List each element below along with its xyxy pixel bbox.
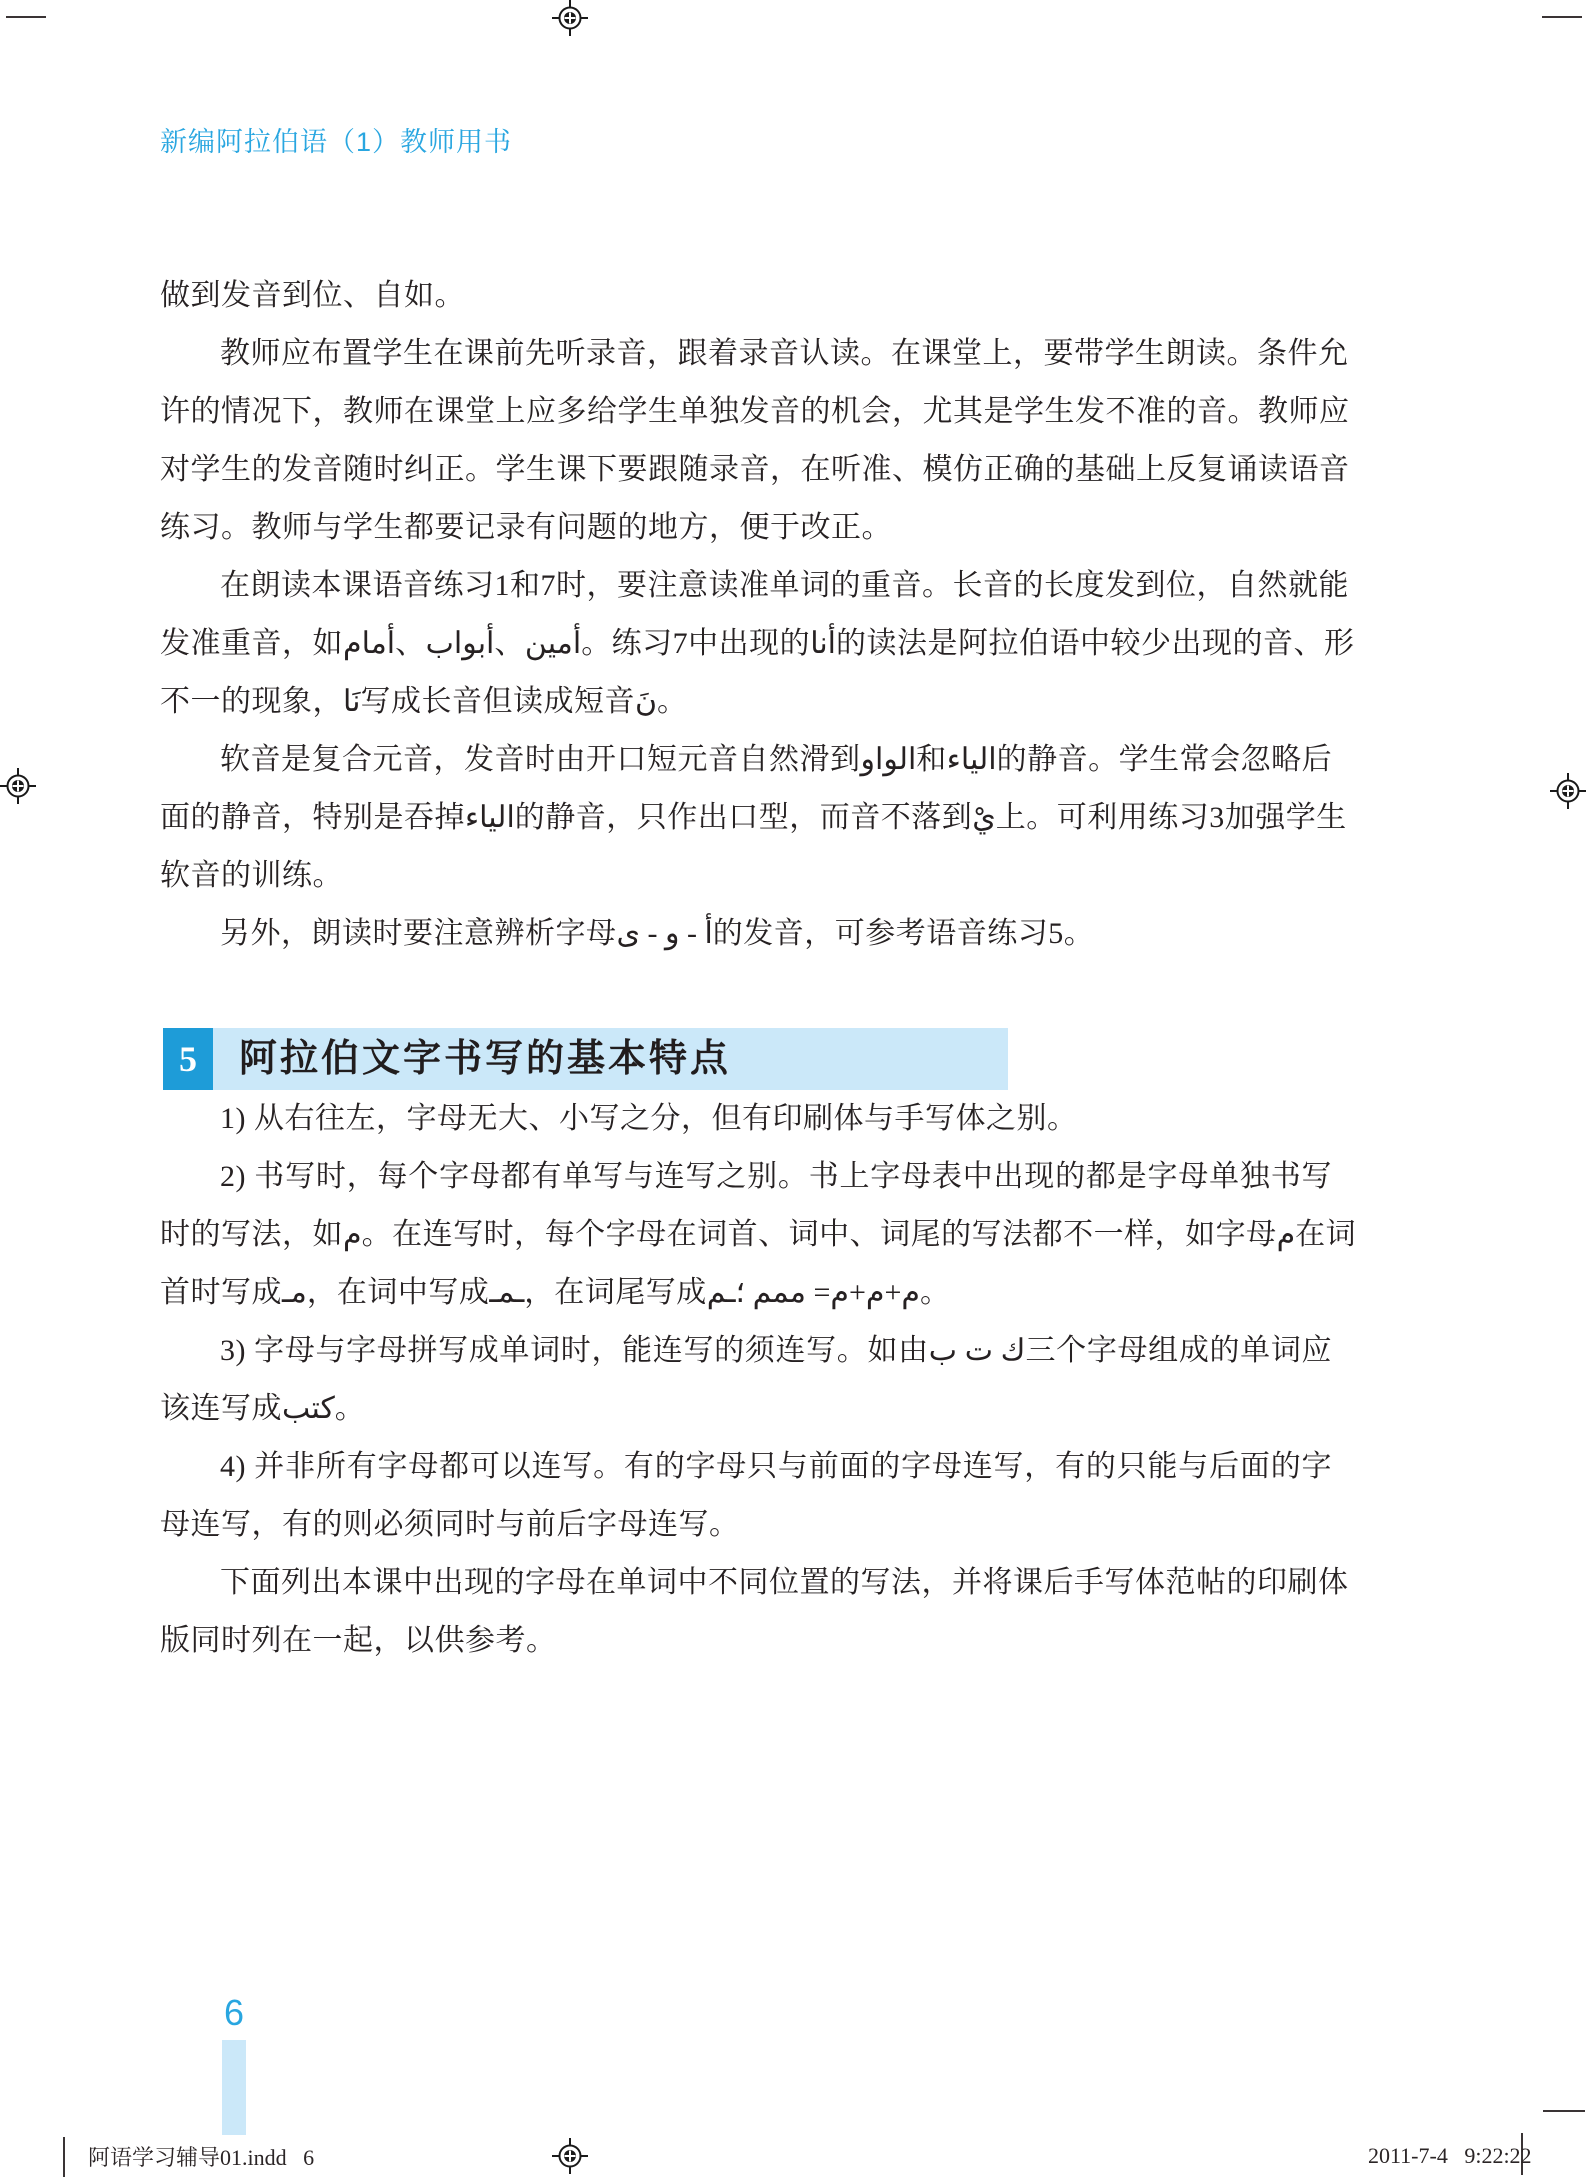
text-line: 1) 从右往左，字母无大、小写之分，但有印刷体与手写体之别。 <box>160 1090 1332 1148</box>
crop-mark <box>1542 16 1582 18</box>
text-line: 首时写成مـ‎，在词中写成ـمـ‎，在词尾写成ـم‎؛‎ م+م+م= ممم‎… <box>160 1264 1332 1322</box>
text-line: 做到发音到位、自如。 <box>160 267 1332 325</box>
section-title: 阿拉伯文字书写的基本特点 <box>213 1028 731 1090</box>
body-text-block-upper: 做到发音到位、自如。 教师应布置学生在课前先听录音，跟着录音认读。在课堂上，要带… <box>160 267 1332 963</box>
text-line: 对学生的发音随时纠正。学生课下要跟随录音，在听准、模仿正确的基础上反复诵读语音 <box>160 441 1332 499</box>
text-line: 4) 并非所有字母都可以连写。有的字母只与前面的字母连写，有的只能与后面的字 <box>160 1438 1332 1496</box>
crop-mark <box>63 2137 65 2177</box>
text-line: 版同时列在一起，以供参考。 <box>160 1612 1332 1670</box>
page-number: 6 <box>216 1992 252 2034</box>
section-number-badge: 5 <box>163 1028 213 1090</box>
body-text-block-lower: 1) 从右往左，字母无大、小写之分，但有印刷体与手写体之别。 2) 书写时，每个… <box>160 1090 1332 1670</box>
running-head-book-title: 新编阿拉伯语（1）教师用书 <box>160 120 512 159</box>
footer-imprint: 阿语学习辅导01.indd 6 <box>88 2141 314 2172</box>
registration-mark-icon <box>552 2138 588 2174</box>
text-line: 不一的现象，نَا‎写成长音但读成短音نَ‎。 <box>160 673 1332 731</box>
page: 新编阿拉伯语（1）教师用书 做到发音到位、自如。 教师应布置学生在课前先听录音，… <box>0 0 1588 2178</box>
text-line: 在朗读本课语音练习1和7时，要注意读准单词的重音。长音的长度发到位，自然就能 <box>160 557 1332 615</box>
text-line: 2) 书写时，每个字母都有单写与连写之别。书上字母表中出现的都是字母单独书写 <box>160 1148 1332 1206</box>
crop-mark <box>1543 2110 1585 2112</box>
text-line: 3) 字母与字母拼写成单词时，能连写的须连写。如由ك ت ب‎三个字母组成的单词… <box>160 1322 1332 1380</box>
text-line: 发准重音，如أمام‎、أبواب‎、أمين‎。练习7中出现的أنا‎的读法是… <box>160 615 1332 673</box>
crop-mark <box>6 16 46 18</box>
footer-timestamp: 2011-7-4 9:22:22 <box>1368 2143 1532 2169</box>
text-line: 该连写成كتب‎。 <box>160 1380 1332 1438</box>
section-heading: 5 阿拉伯文字书写的基本特点 <box>163 1028 1008 1090</box>
text-line: 软音的训练。 <box>160 847 1332 905</box>
text-line: 时的写法，如م‎。在连写时，每个字母在词首、词中、词尾的写法都不一样，如字母م‎… <box>160 1206 1332 1264</box>
text-line: 教师应布置学生在课前先听录音，跟着录音认读。在课堂上，要带学生朗读。条件允 <box>160 325 1332 383</box>
text-line: 另外，朗读时要注意辨析字母أ - و - ى‎的发音，可参考语音练习5。 <box>160 905 1332 963</box>
text-line: 软音是复合元音，发音时由开口短元音自然滑到الواو‎和الياء‎的静音。学生… <box>160 731 1332 789</box>
text-line: 面的静音，特别是吞掉الياء‎的静音，只作出口型，而音不落到يْ‎上。可利用练… <box>160 789 1332 847</box>
text-line: 下面列出本课中出现的字母在单词中不同位置的写法，并将课后手写体范帖的印刷体 <box>160 1554 1332 1612</box>
text-line: 练习。教师与学生都要记录有问题的地方，便于改正。 <box>160 499 1332 557</box>
page-number-bar <box>222 2040 246 2135</box>
text-line: 许的情况下，教师在课堂上应多给学生单独发音的机会，尤其是学生发不准的音。教师应 <box>160 383 1332 441</box>
registration-mark-icon <box>552 0 588 36</box>
registration-mark-icon <box>0 768 36 804</box>
registration-mark-icon <box>1550 773 1586 809</box>
text-line: 母连写，有的则必须同时与前后字母连写。 <box>160 1496 1332 1554</box>
